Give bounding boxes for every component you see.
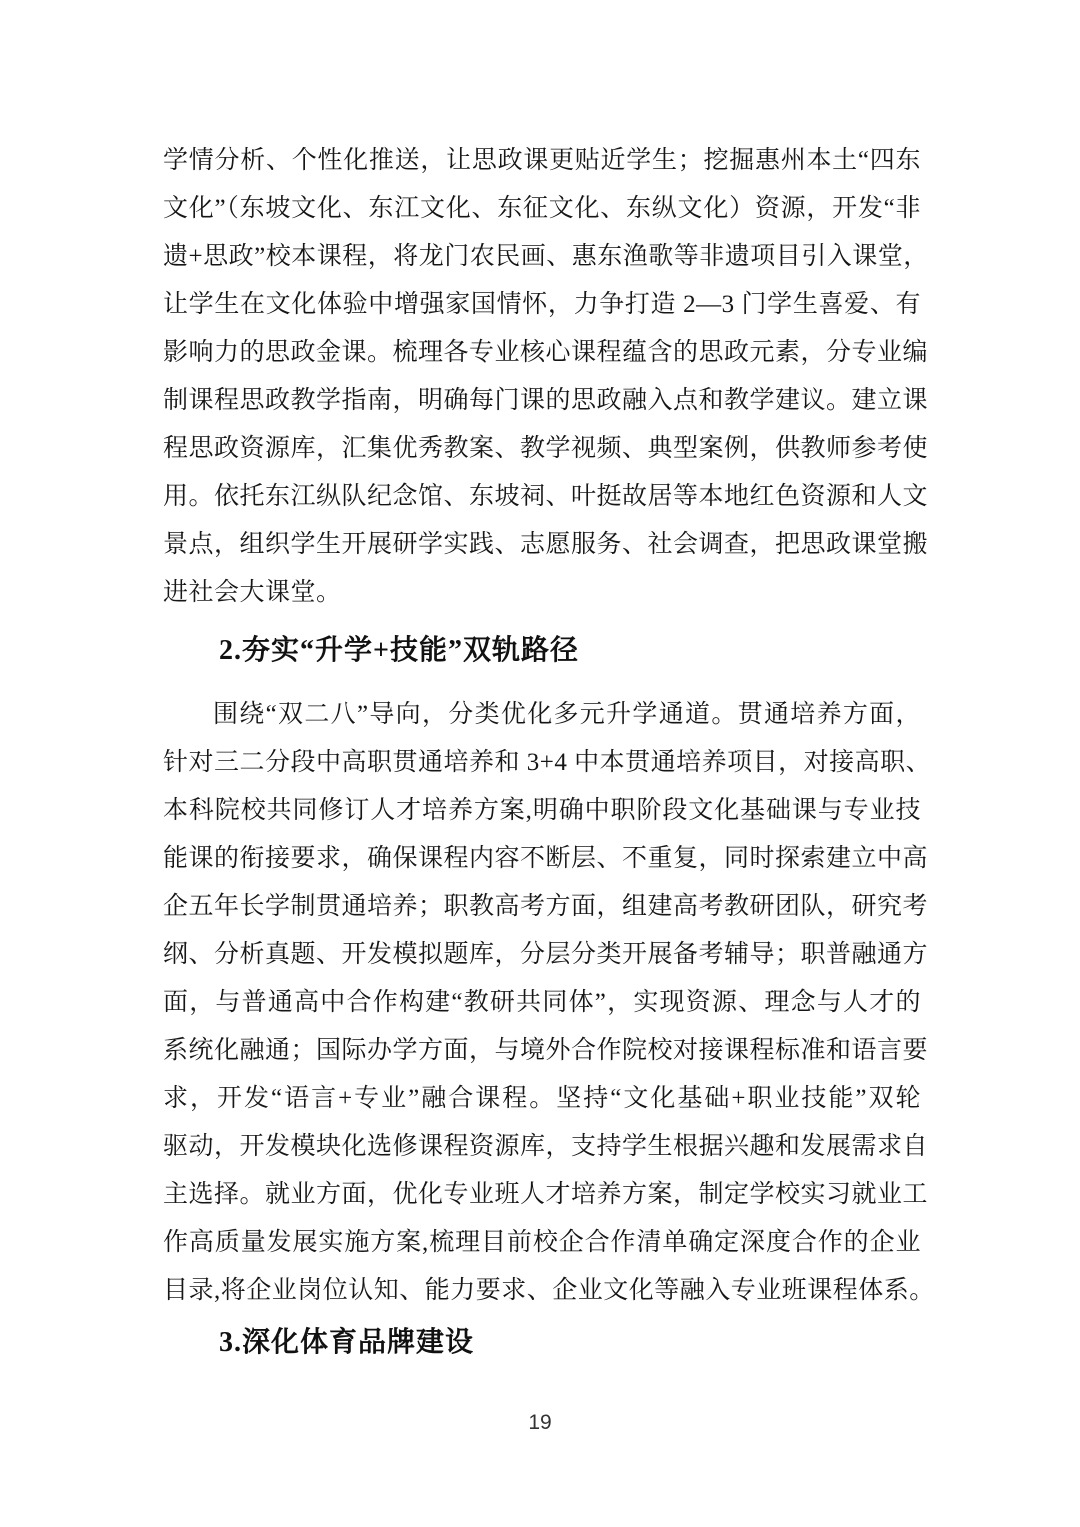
text-line: 系统化融通；国际办学方面，与境外合作院校对接课程标准和语言要 — [163, 1027, 921, 1075]
text-line: 让学生在文化体验中增强家国情怀，力争打造 2—3 门学生喜爱、有 — [163, 281, 921, 329]
page-number: 19 — [0, 1408, 1080, 1438]
paragraph-continued: 学情分析、个性化推送，让思政课更贴近学生；挖掘惠州本土“四东文化”（东坡文化、东… — [163, 137, 921, 617]
text-line: 学情分析、个性化推送，让思政课更贴近学生；挖掘惠州本土“四东 — [163, 137, 921, 185]
text-line: 企五年长学制贯通培养；职教高考方面，组建高考教研团队，研究考 — [163, 883, 921, 931]
text-line: 作高质量发展实施方案,梳理目前校企合作清单确定深度合作的企业 — [163, 1219, 921, 1267]
text-line: 用。依托东江纵队纪念馆、东坡祠、叶挺故居等本地红色资源和人文 — [163, 473, 921, 521]
section-heading-2: 2.夯实“升学+技能”双轨路径 — [163, 623, 921, 679]
text-line: 景点，组织学生开展研学实践、志愿服务、社会调查，把思政课堂搬 — [163, 521, 921, 569]
text-line: 能课的衔接要求，确保课程内容不断层、不重复，同时探索建立中高 — [163, 835, 921, 883]
text-line: 针对三二分段中高职贯通培养和 3+4 中本贯通培养项目，对接高职、 — [163, 739, 921, 787]
text-line: 主选择。就业方面，优化专业班人才培养方案，制定学校实习就业工 — [163, 1171, 921, 1219]
text-line: 面，与普通高中合作构建“教研共同体”，实现资源、理念与人才的 — [163, 979, 921, 1027]
section-heading-3: 3.深化体育品牌建设 — [163, 1315, 921, 1371]
text-line: 纲、分析真题、开发模拟题库，分层分类开展备考辅导；职普融通方 — [163, 931, 921, 979]
text-line: 文化”（东坡文化、东江文化、东征文化、东纵文化）资源，开发“非 — [163, 185, 921, 233]
text-line: 遗+思政”校本课程，将龙门农民画、惠东渔歌等非遗项目引入课堂， — [163, 233, 921, 281]
text-line: 驱动，开发模块化选修课程资源库，支持学生根据兴趣和发展需求自 — [163, 1123, 921, 1171]
text-line: 求，开发“语言+专业”融合课程。坚持“文化基础+职业技能”双轮 — [163, 1075, 921, 1123]
text-line: 制课程思政教学指南，明确每门课的思政融入点和教学建议。建立课 — [163, 377, 921, 425]
paragraph-section-2: 围绕“双二八”导向，分类优化多元升学通道。贯通培养方面，针对三二分段中高职贯通培… — [163, 691, 921, 1315]
text-line: 进社会大课堂。 — [163, 569, 921, 617]
text-line: 目录,将企业岗位认知、能力要求、企业文化等融入专业班课程体系。 — [163, 1267, 921, 1315]
text-line: 围绕“双二八”导向，分类优化多元升学通道。贯通培养方面， — [163, 691, 921, 739]
text-line: 影响力的思政金课。梳理各专业核心课程蕴含的思政元素，分专业编 — [163, 329, 921, 377]
text-line: 本科院校共同修订人才培养方案,明确中职阶段文化基础课与专业技 — [163, 787, 921, 835]
document-body: 学情分析、个性化推送，让思政课更贴近学生；挖掘惠州本土“四东文化”（东坡文化、东… — [163, 137, 921, 1371]
document-page: 学情分析、个性化推送，让思政课更贴近学生；挖掘惠州本土“四东文化”（东坡文化、东… — [0, 0, 1080, 1527]
text-line: 程思政资源库，汇集优秀教案、教学视频、典型案例，供教师参考使 — [163, 425, 921, 473]
